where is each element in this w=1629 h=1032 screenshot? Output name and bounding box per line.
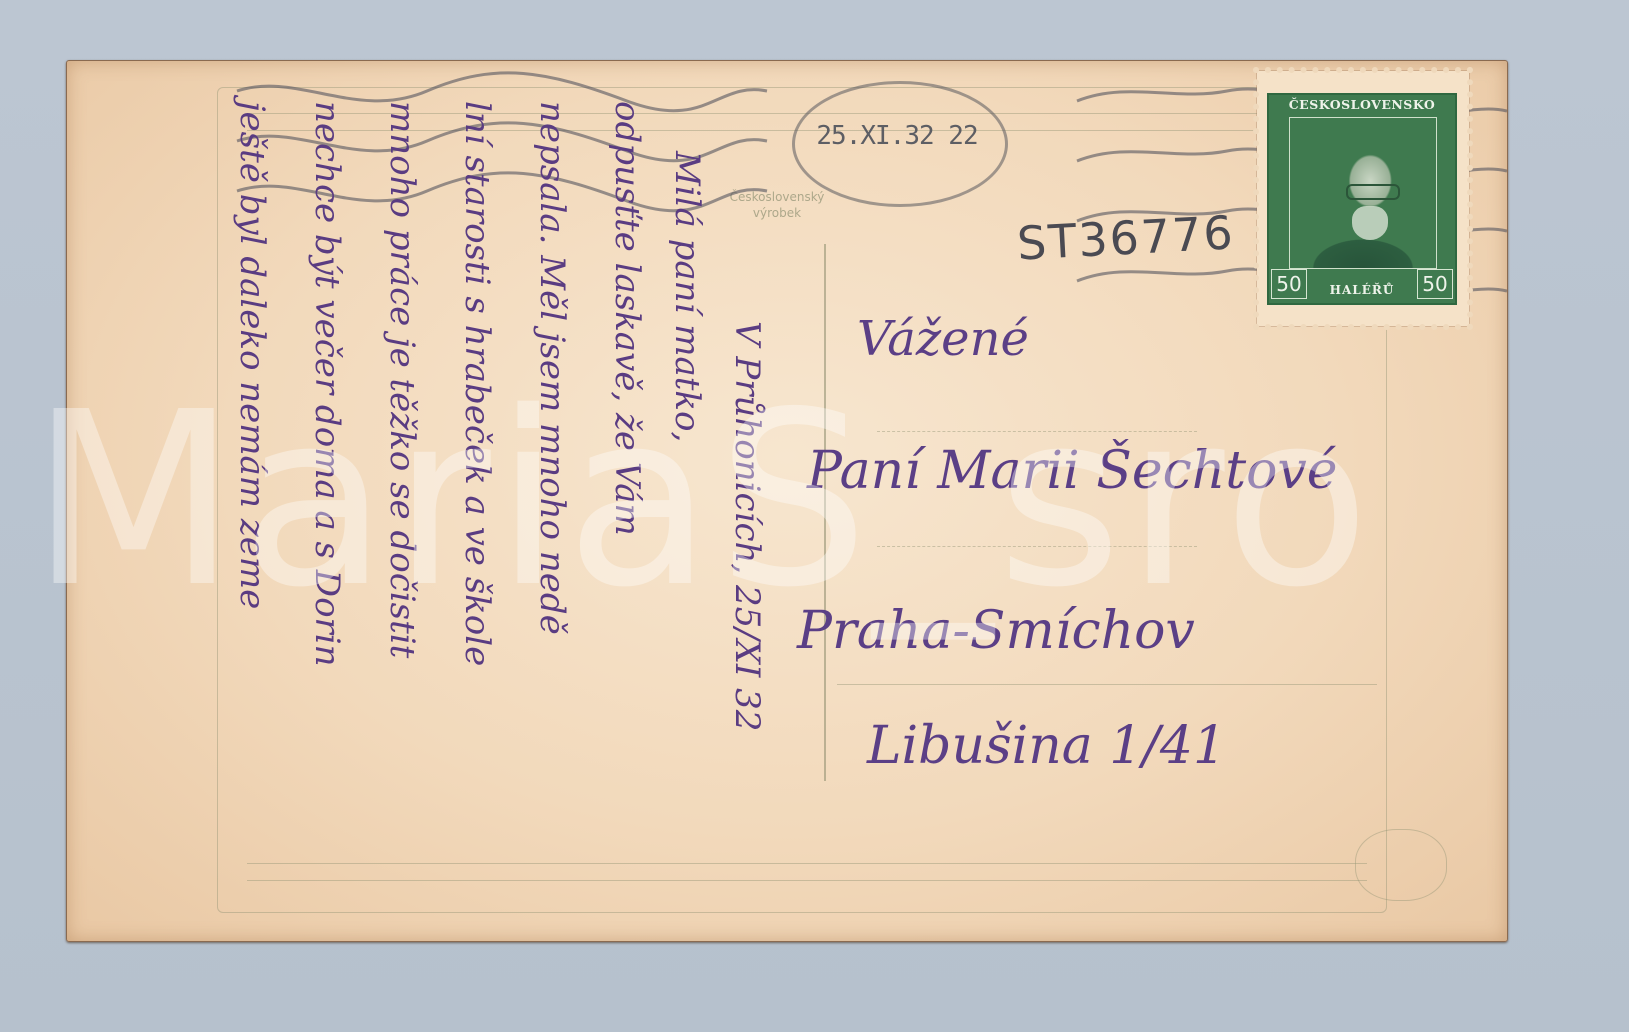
corner-ornament: [1355, 829, 1447, 901]
postmark: 25.XI.32 22: [792, 81, 1002, 201]
stamp-country: ČESKOSLOVENSKO: [1267, 97, 1457, 112]
message-line: lní starosti s hrabeček a ve škole: [457, 101, 497, 666]
message-line: Milá paní matko,: [667, 151, 707, 442]
address-city: Praha-Smíchov: [797, 601, 1195, 661]
address-recipient: Paní Marii Šechtové: [807, 441, 1338, 501]
stamp-design: ČESKOSLOVENSKO 50 HALÉŘŮ 50: [1267, 93, 1457, 305]
message-line: mnoho práce je těžko se dočistit: [382, 101, 422, 658]
postmark-date: 25.XI.32 22: [807, 121, 987, 151]
message-line: odpusťte laskavě, že Vám: [607, 101, 647, 536]
address-line: [877, 546, 1197, 547]
portrait-glasses: [1346, 184, 1400, 200]
stamp-portrait: [1289, 117, 1437, 269]
stamp-value-right: 50: [1417, 269, 1453, 299]
address-line: [877, 431, 1197, 432]
postcard: Československý výrobek 25.XI.32 22 ST367…: [66, 60, 1508, 942]
address-street: Libušina 1/41: [867, 716, 1226, 776]
message-line: nechce být večer doma a s Dorin: [307, 101, 347, 667]
stamp-unit: HALÉŘŮ: [1307, 283, 1417, 297]
address-salutation: Vážené: [857, 311, 1029, 367]
printed-bottom-ornament-band: [247, 863, 1367, 881]
portrait-beard: [1352, 206, 1388, 240]
postage-stamp: ČESKOSLOVENSKO 50 HALÉŘŮ 50: [1257, 71, 1469, 326]
stamp-value-left: 50: [1271, 269, 1307, 299]
message-line: nepsala. Měl jsem mnoho nedě: [532, 101, 572, 635]
catalog-number: ST36776: [1016, 205, 1236, 270]
message-line: ještě byl daleko nemám zeme: [232, 101, 272, 609]
message-place-date: V Průhonicích, 25/XI 32: [727, 321, 767, 731]
address-line: [837, 684, 1377, 685]
